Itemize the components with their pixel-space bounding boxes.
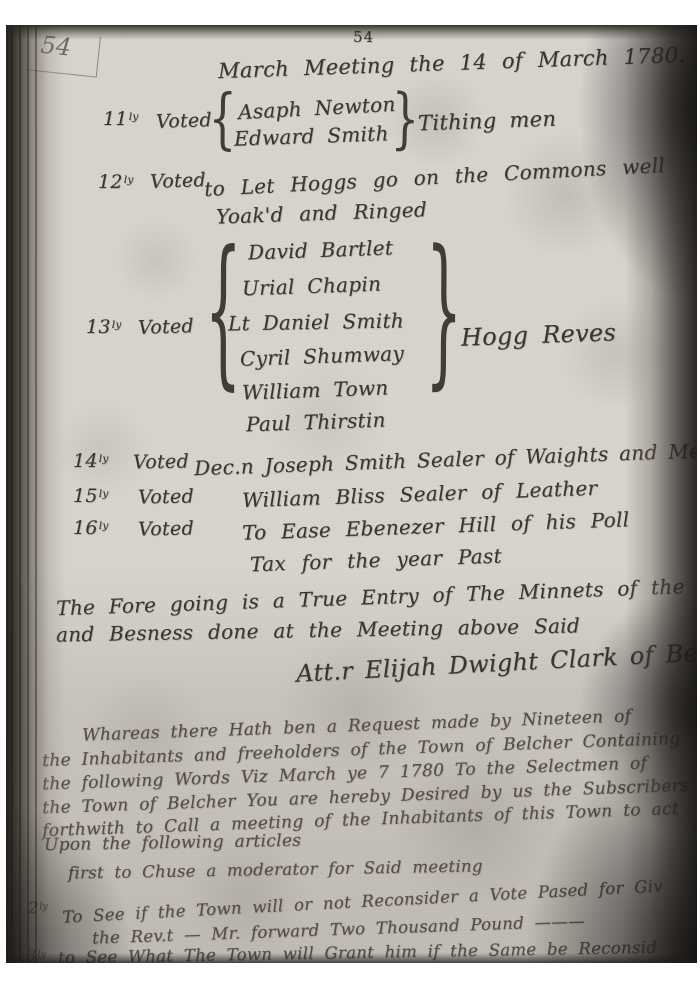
item-15-verb: Voted <box>138 487 194 510</box>
brace-right-icon: } <box>425 228 463 392</box>
binding-streaks <box>11 25 41 963</box>
article-3-ord: ly <box>37 950 45 960</box>
item-15-number: 15ly <box>73 486 109 508</box>
item-14-text: Dec.n Joseph Smith Sealer of Waights and… <box>194 439 697 480</box>
attestation-line1: The Fore going is a True Entry of The Mi… <box>56 573 697 620</box>
header-page-number: 54 <box>353 29 374 46</box>
item-12-verb: Voted <box>150 170 207 194</box>
item-16-text-line1: To Ease Ebenezer Hill of his Poll <box>242 508 630 545</box>
item-11-ord: ly <box>129 111 139 123</box>
item-14-verb: Voted <box>133 452 189 475</box>
item-13-name-1: David Bartlet <box>248 236 394 264</box>
item-11-verb: Voted <box>156 110 213 134</box>
item-11-name-2: Edward Smith <box>234 122 389 150</box>
item-12-text-line1: to Let Hoggs go on the Commons well <box>204 154 666 201</box>
article-1-text: first to Chuse a moderator for Said meet… <box>68 857 483 883</box>
item-15-ord: ly <box>99 488 109 500</box>
item-13-num: 13 <box>86 316 111 338</box>
item-15-num: 15 <box>73 485 98 507</box>
item-13-number: 13ly <box>86 317 122 339</box>
corner-page-number-text: 54 <box>39 31 72 62</box>
item-14-num: 14 <box>73 450 98 472</box>
item-12-ord: ly <box>124 174 134 186</box>
article-3-num: 3 <box>26 946 36 963</box>
item-16-ord: ly <box>99 520 109 532</box>
manuscript-page-photo: 54 54 March Meeting the 14 of March 1780… <box>6 25 697 963</box>
item-11-name-1: Asaph Newton <box>238 93 397 124</box>
item-14-ord: ly <box>99 453 109 465</box>
item-11-num: 11 <box>103 108 128 130</box>
item-16-verb: Voted <box>138 519 194 542</box>
item-13-ord: ly <box>112 319 122 331</box>
item-11-office: Tithing men <box>418 107 557 136</box>
item-12-number: 12ly <box>98 172 134 194</box>
brace-left-icon: { <box>204 229 241 392</box>
article-2-num: 2 <box>28 898 38 917</box>
request-line6: Upon the following articles <box>44 832 302 856</box>
article-2-number: 2ly <box>28 899 48 917</box>
top-edge-shadow <box>6 25 697 40</box>
page-title: March Meeting the 14 of March 1780. <box>218 43 686 83</box>
attestation-line2: and Besness done at the Meeting above Sa… <box>56 614 580 646</box>
item-16-num: 16 <box>73 517 98 539</box>
item-13-name-4: Cyril Shumway <box>240 342 405 371</box>
article-3-number: 3ly <box>26 947 46 963</box>
brace-left-icon: { <box>208 87 237 154</box>
item-16-number: 16ly <box>73 518 109 540</box>
item-12-num: 12 <box>98 171 123 193</box>
item-13-verb: Voted <box>138 316 195 340</box>
clerk-signature: Att.r Elijah Dwight Clark of Bel <box>296 639 697 688</box>
item-12-text-line2: Yoak'd and Ringed <box>216 198 428 228</box>
article-2-ord: ly <box>39 902 47 912</box>
corner-page-number: 54 <box>26 29 101 77</box>
item-13-name-6: Paul Thirstin <box>246 409 386 437</box>
item-15-text: William Bliss Sealer of Leather <box>242 477 598 512</box>
item-11-number: 11ly <box>103 109 139 131</box>
item-13-office: Hogg Reves <box>461 319 617 352</box>
item-13-name-3: Lt Daniel Smith <box>228 309 404 335</box>
item-13-name-2: Urial Chapin <box>242 273 382 301</box>
item-13-name-5: William Town <box>242 376 389 404</box>
brace-right-icon: } <box>390 86 420 153</box>
item-14-number: 14ly <box>73 451 109 473</box>
item-16-text-line2: Tax for the year Past <box>250 545 503 577</box>
